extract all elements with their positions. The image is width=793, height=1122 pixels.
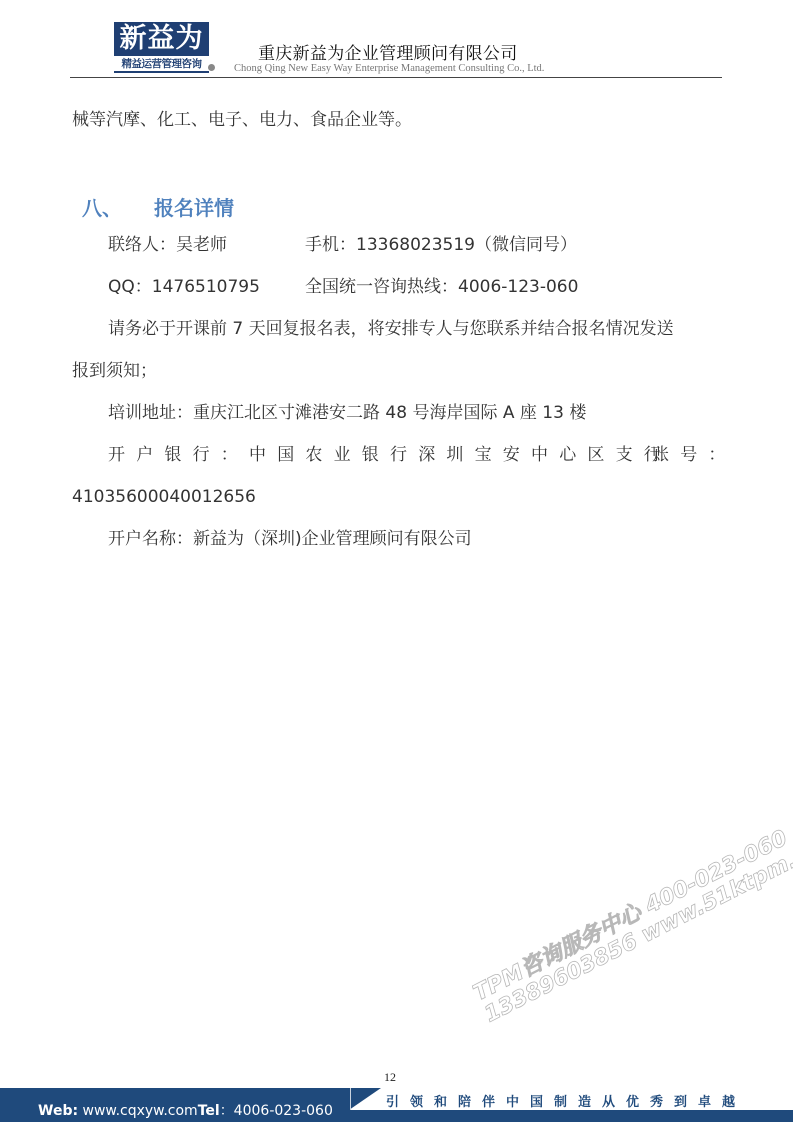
footer-contact: Web: www.cqxyw.comTel：4006-023-060 [38,1100,333,1120]
bank-account-number: 41035600040012656 [72,486,256,508]
account-name: 开户名称：新益为（深圳)企业管理顾问有限公司 [108,528,472,550]
logo-dot-icon [208,64,215,71]
company-logo: 新益为 精益运营管理咨询 [114,22,209,72]
header-divider [70,77,722,78]
notice-line-1: 请务必于开课前 7 天回复报名表，将安排专人与您联系并结合报名情况发送 [108,318,674,340]
tel-number: ：4006-023-060 [220,1103,333,1119]
footer-band-right [350,1110,793,1122]
footer-slogan: 引领和陪伴中国制造从优秀到卓越 [386,1091,746,1110]
logo-wordmark: 新益为 [114,22,209,56]
web-url: www.cqxyw.com [78,1103,198,1119]
logo-tagline: 精益运营管理咨询 [114,57,209,73]
training-address: 培训地址：重庆江北区寸滩港安二路 48 号海岸国际 A 座 13 楼 [108,402,586,424]
tel-label: Tel [198,1103,220,1119]
company-name-en: Chong Qing New Easy Way Enterprise Manag… [234,63,544,74]
section-title: 报名详情 [154,196,234,220]
footer-diagonal [349,1088,381,1110]
web-label: Web: [38,1103,78,1119]
bank-account-label: 账号： [652,444,737,466]
page-number: 12 [384,1070,396,1085]
bank-name: 开户银行：中国农业银行深圳宝安中心区支行 [108,444,672,466]
contact-qq: QQ：1476510795 [108,276,260,298]
notice-line-2: 报到须知； [72,360,157,382]
watermark-line-1: TPM咨询服务中心 400-023-060 [470,804,793,1006]
watermark: TPM咨询服务中心 400-023-060 13389603856 www.51… [470,804,793,1027]
contact-hotline: 全国统一咨询热线：4006-123-060 [305,276,578,298]
footer-divider [350,1088,351,1112]
section-heading: 八、报名详情 [82,192,234,221]
contact-mobile: 手机：13368023519（微信同号） [305,234,577,256]
intro-line: 械等汽摩、化工、电子、电力、食品企业等。 [72,109,412,131]
section-number: 八、 [82,192,154,221]
contact-person: 联络人：吴老师 [108,234,227,256]
company-name-cn: 重庆新益为企业管理顾问有限公司 [258,39,518,64]
